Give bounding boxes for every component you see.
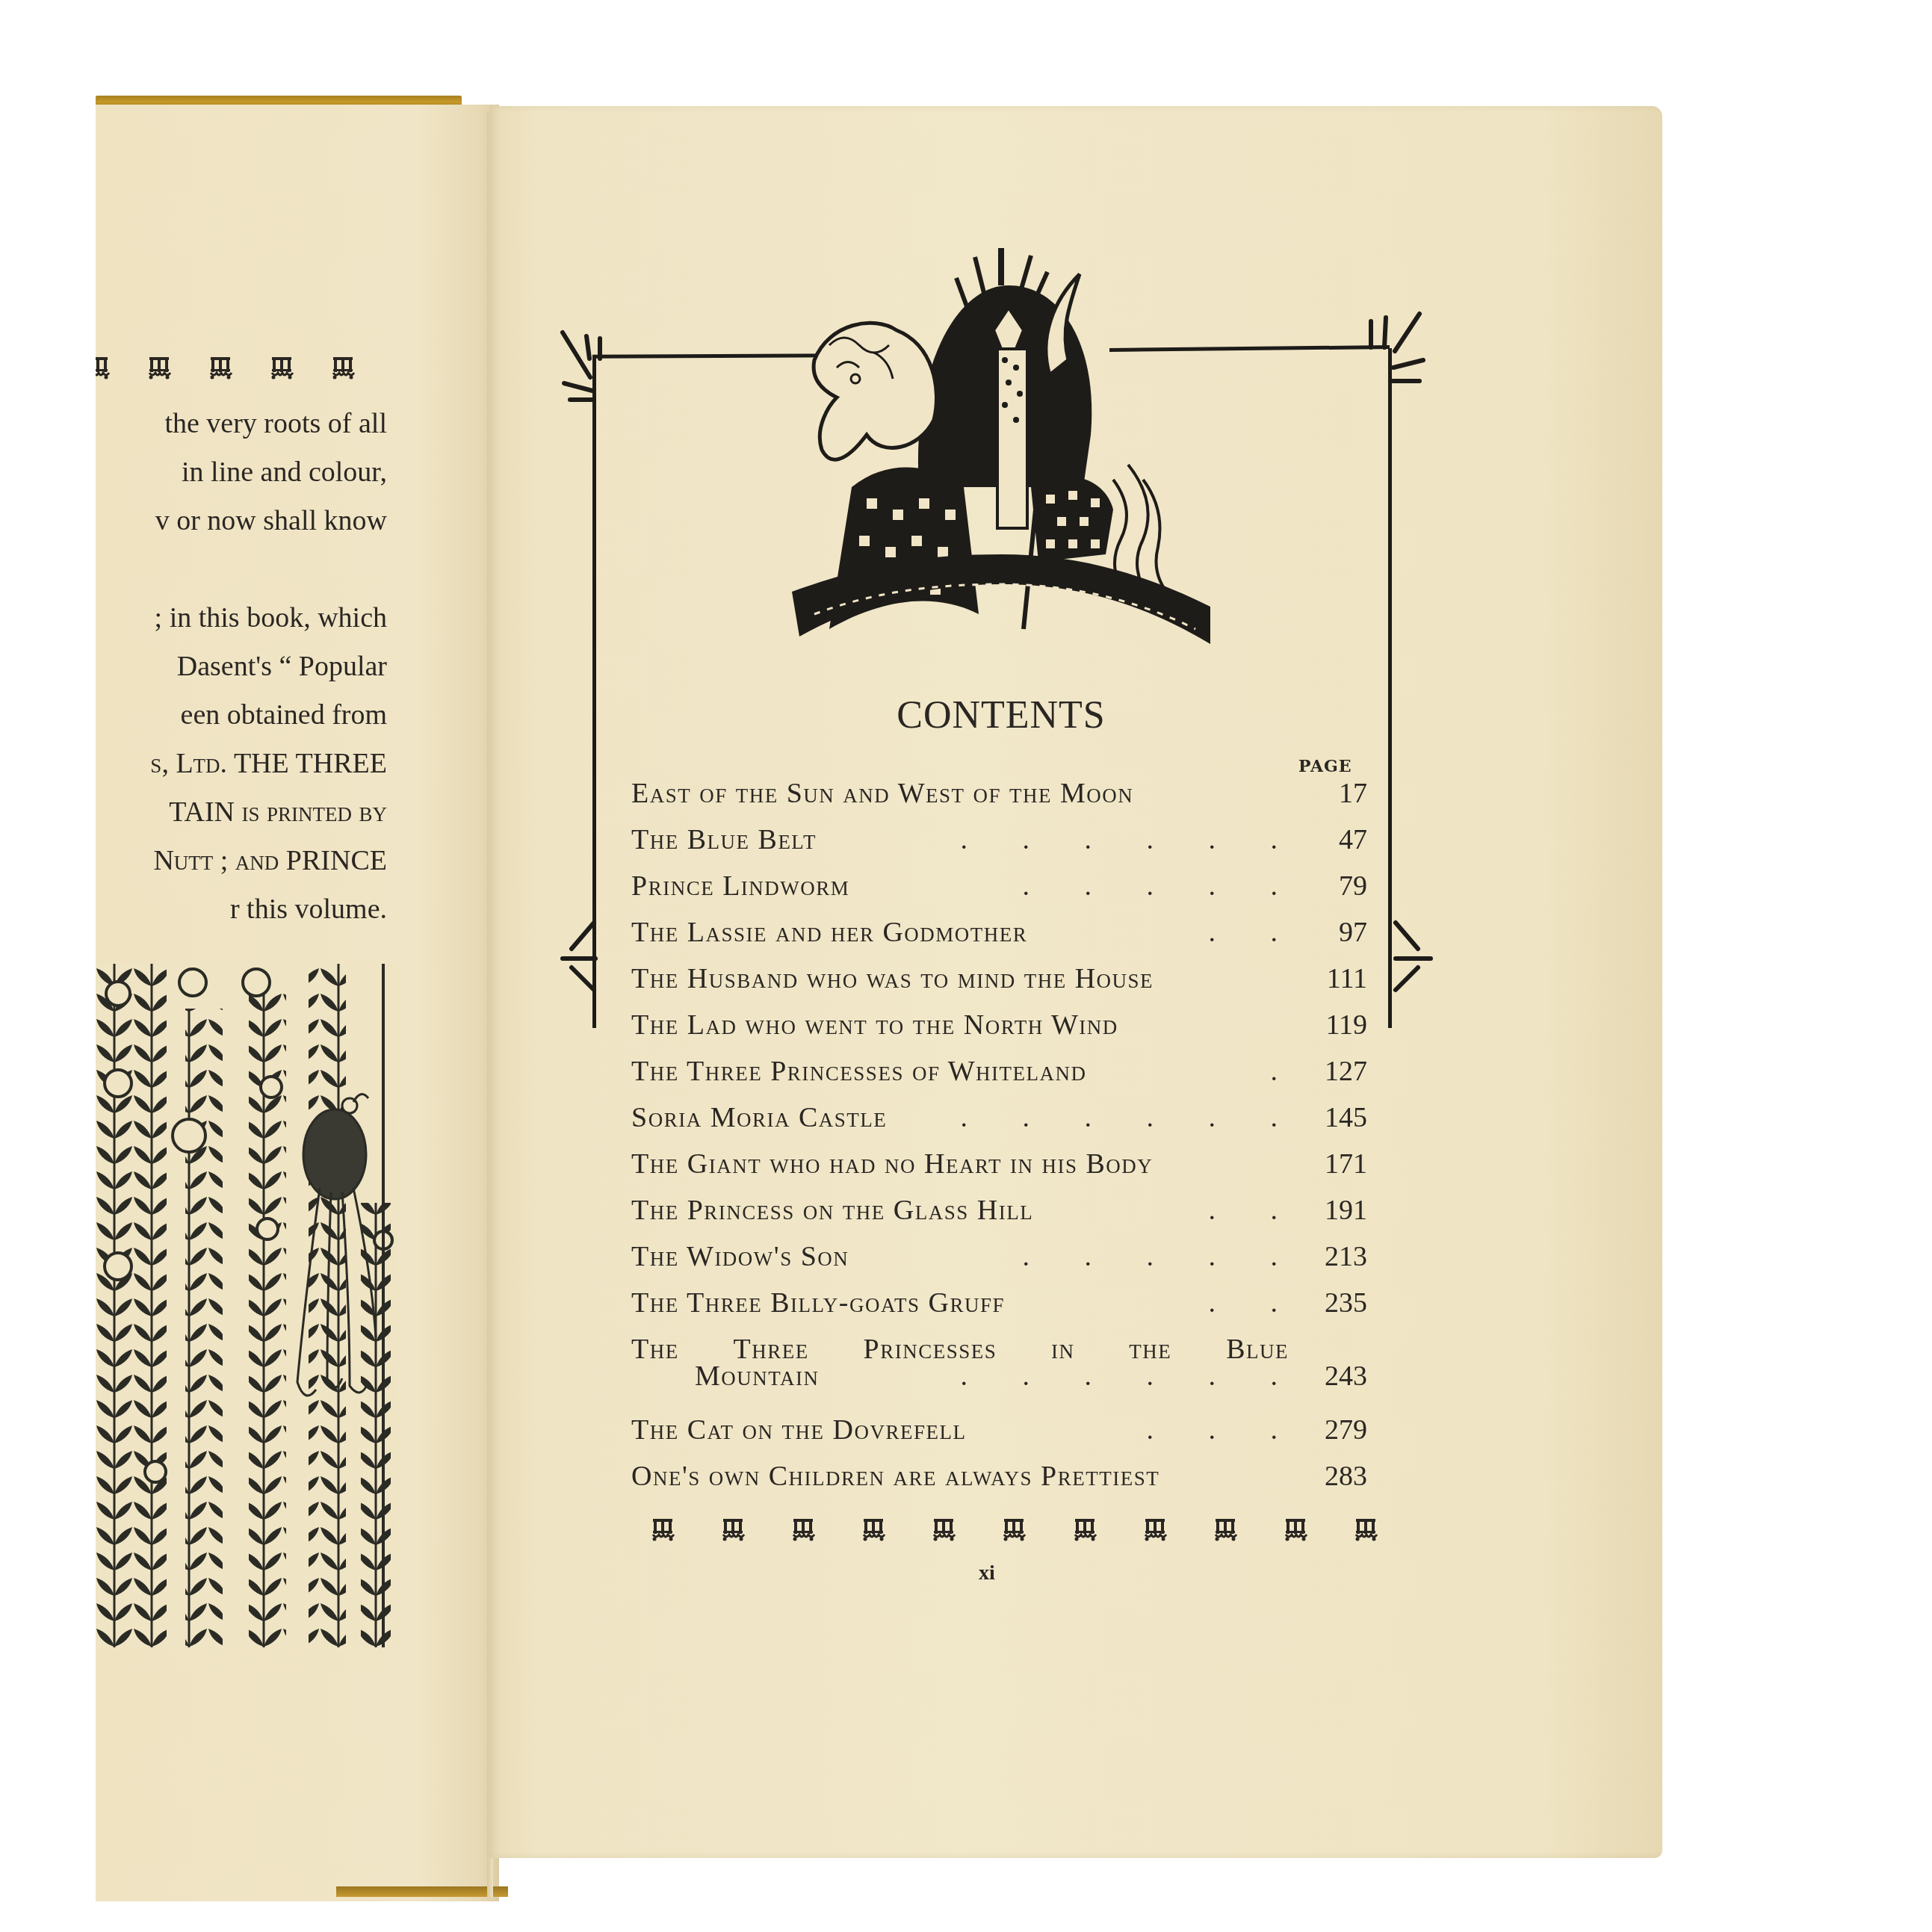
toc-entry-title: East of the Sun and West of the Moon	[631, 777, 1133, 810]
toc-entry-title: The Princess on the Glass Hill	[631, 1194, 1033, 1227]
toc-entry-page: 127	[1307, 1055, 1367, 1088]
toc-entry-page: 243	[1307, 1360, 1367, 1393]
toc-entry-title: The Lassie and her Godmother	[631, 916, 1027, 949]
text-line-blank	[96, 545, 387, 594]
toc-entry-page: 79	[1307, 870, 1367, 902]
toc-entry-title: Soria Moria Castle	[631, 1101, 887, 1134]
toc-entry[interactable]: The Cat on the Dovrefell . . . 279	[631, 1414, 1367, 1460]
toc-leader-dots: . .	[1033, 1194, 1307, 1227]
toc-entry[interactable]: The Giant who had no Heart in his Body 1…	[631, 1148, 1367, 1194]
ornament-icon	[269, 355, 294, 380]
toc-leader-dots: . .	[1027, 916, 1307, 949]
vines-peacock-illustration	[96, 964, 398, 1647]
toc-leader-dots: .	[1087, 1055, 1307, 1088]
toc-entry-title: The Widow's Son	[631, 1240, 849, 1273]
toc-leader-dots: . . . . .	[849, 1240, 1307, 1273]
toc-leader-dots: . . .	[966, 1414, 1307, 1446]
text-line: the very roots of all	[96, 400, 387, 448]
toc-entry-title-line2: Mountain . . . . . . 243	[631, 1360, 1367, 1393]
toc-entry[interactable]: Prince Lindworm . . . . . 79	[631, 870, 1367, 916]
ornament-icon	[861, 1517, 886, 1542]
toc-entry-title: The Lad who went to the North Wind	[631, 1009, 1118, 1041]
toc-leader-dots: . . . . .	[849, 870, 1307, 902]
toc-entry-title: The Cat on the Dovrefell	[631, 1414, 966, 1446]
toc-entry-title: The Husband who was to mind the House	[631, 962, 1154, 995]
toc-entry[interactable]: The Lad who went to the North Wind 119	[631, 1009, 1367, 1055]
toc-leader-dots: . . . . . .	[887, 1101, 1307, 1134]
contents-heading: CONTENTS	[807, 693, 1195, 737]
toc-entry-page: 279	[1307, 1414, 1367, 1446]
toc-entry[interactable]: The Three Billy-goats Gruff . . 235	[631, 1287, 1367, 1333]
ornament-icon	[1001, 1517, 1027, 1542]
toc-entry-page: 191	[1307, 1194, 1367, 1227]
ornament-icon	[1213, 1517, 1238, 1542]
toc-entry-page: 97	[1307, 916, 1367, 949]
toc-entry[interactable]: The Lassie and her Godmother . . 97	[631, 916, 1367, 962]
text-line: TAIN is printed by	[96, 788, 387, 837]
toc-entry-title: Prince Lindworm	[631, 870, 849, 902]
ornament-icon	[146, 355, 172, 380]
page-column-label: PAGE	[1298, 757, 1352, 776]
ornament-icon	[1072, 1517, 1097, 1542]
ornament-icon	[1142, 1517, 1168, 1542]
toc-entry[interactable]: The Three Princesses of Whiteland . 127	[631, 1055, 1367, 1101]
toc-entry-page: 145	[1307, 1101, 1367, 1134]
toc-entry-title: The Giant who had no Heart in his Body	[631, 1148, 1153, 1180]
frame-corner-sprig-icon	[557, 325, 639, 407]
right-ornament-row	[650, 1517, 1378, 1542]
ornament-icon	[1283, 1517, 1308, 1542]
text-line: Dasent's “ Popular	[96, 643, 387, 691]
frame-side-sprig-icon	[557, 915, 601, 997]
toc-leader-dots: . . . . . .	[820, 1360, 1307, 1393]
toc-entry[interactable]: East of the Sun and West of the Moon 17	[631, 777, 1367, 823]
toc-entry-title: The Three Billy-goats Gruff	[631, 1287, 1005, 1319]
ornament-icon	[1353, 1517, 1378, 1542]
toc-entry[interactable]: The Husband who was to mind the House 11…	[631, 962, 1367, 1009]
toc-entry-page: 235	[1307, 1287, 1367, 1319]
toc-entry-page: 171	[1307, 1148, 1367, 1180]
toc-entry-title: Mountain	[631, 1360, 820, 1393]
toc-entry[interactable]: The Blue Belt . . . . . . 47	[631, 823, 1367, 870]
book-cover-bottom-edge	[336, 1886, 508, 1897]
left-ornament-row	[96, 355, 356, 380]
toc-entry[interactable]: Soria Moria Castle . . . . . . 145	[631, 1101, 1367, 1148]
ornament-icon	[650, 1517, 675, 1542]
text-line: een obtained from	[96, 691, 387, 740]
ornament-icon	[931, 1517, 956, 1542]
ornament-icon	[790, 1517, 816, 1542]
toc-entry[interactable]: The Princess on the Glass Hill . . 191	[631, 1194, 1367, 1240]
text-line: v or now shall know	[96, 497, 387, 545]
frame-corner-sprig-icon	[1349, 306, 1431, 396]
toc-entry-page: 111	[1307, 962, 1367, 995]
toc-entry-page: 283	[1307, 1460, 1367, 1493]
toc-leader-dots: . .	[1005, 1287, 1307, 1319]
ornament-icon	[208, 355, 233, 380]
toc-entry-page: 119	[1307, 1009, 1367, 1041]
ornament-icon	[96, 355, 111, 380]
text-line: Nutt ; and PRINCE	[96, 837, 387, 885]
text-line: in line and colour,	[96, 448, 387, 497]
toc-entry[interactable]: The Three Princesses in the Blue Mountai…	[631, 1333, 1367, 1414]
left-page-body-text: the very roots of all in line and colour…	[96, 400, 387, 934]
toc-entry-title: One's own Children are always Prettiest	[631, 1460, 1159, 1493]
toc-entry-title: The Three Princesses of Whiteland	[631, 1055, 1087, 1088]
knight-on-horse-illustration	[784, 241, 1225, 651]
text-line: ; in this book, which	[96, 594, 387, 643]
toc-entry[interactable]: One's own Children are always Prettiest …	[631, 1460, 1367, 1506]
frame-side-sprig-icon	[1390, 915, 1434, 997]
table-of-contents: East of the Sun and West of the Moon 17 …	[631, 777, 1367, 1506]
toc-entry-page: 47	[1307, 823, 1367, 856]
text-line: s, Ltd. THE THREE	[96, 740, 387, 788]
left-page: the very roots of all in line and colour…	[96, 105, 499, 1901]
toc-entry-page: 213	[1307, 1240, 1367, 1273]
ornament-icon	[720, 1517, 746, 1542]
ornament-icon	[330, 355, 356, 380]
text-line: r this volume.	[96, 885, 387, 934]
toc-leader-dots: . . . . . .	[817, 823, 1307, 856]
toc-entry[interactable]: The Widow's Son . . . . . 213	[631, 1240, 1367, 1287]
toc-entry-page: 17	[1307, 777, 1367, 810]
toc-entry-title: The Blue Belt	[631, 823, 817, 856]
page-number: xi	[979, 1561, 995, 1585]
